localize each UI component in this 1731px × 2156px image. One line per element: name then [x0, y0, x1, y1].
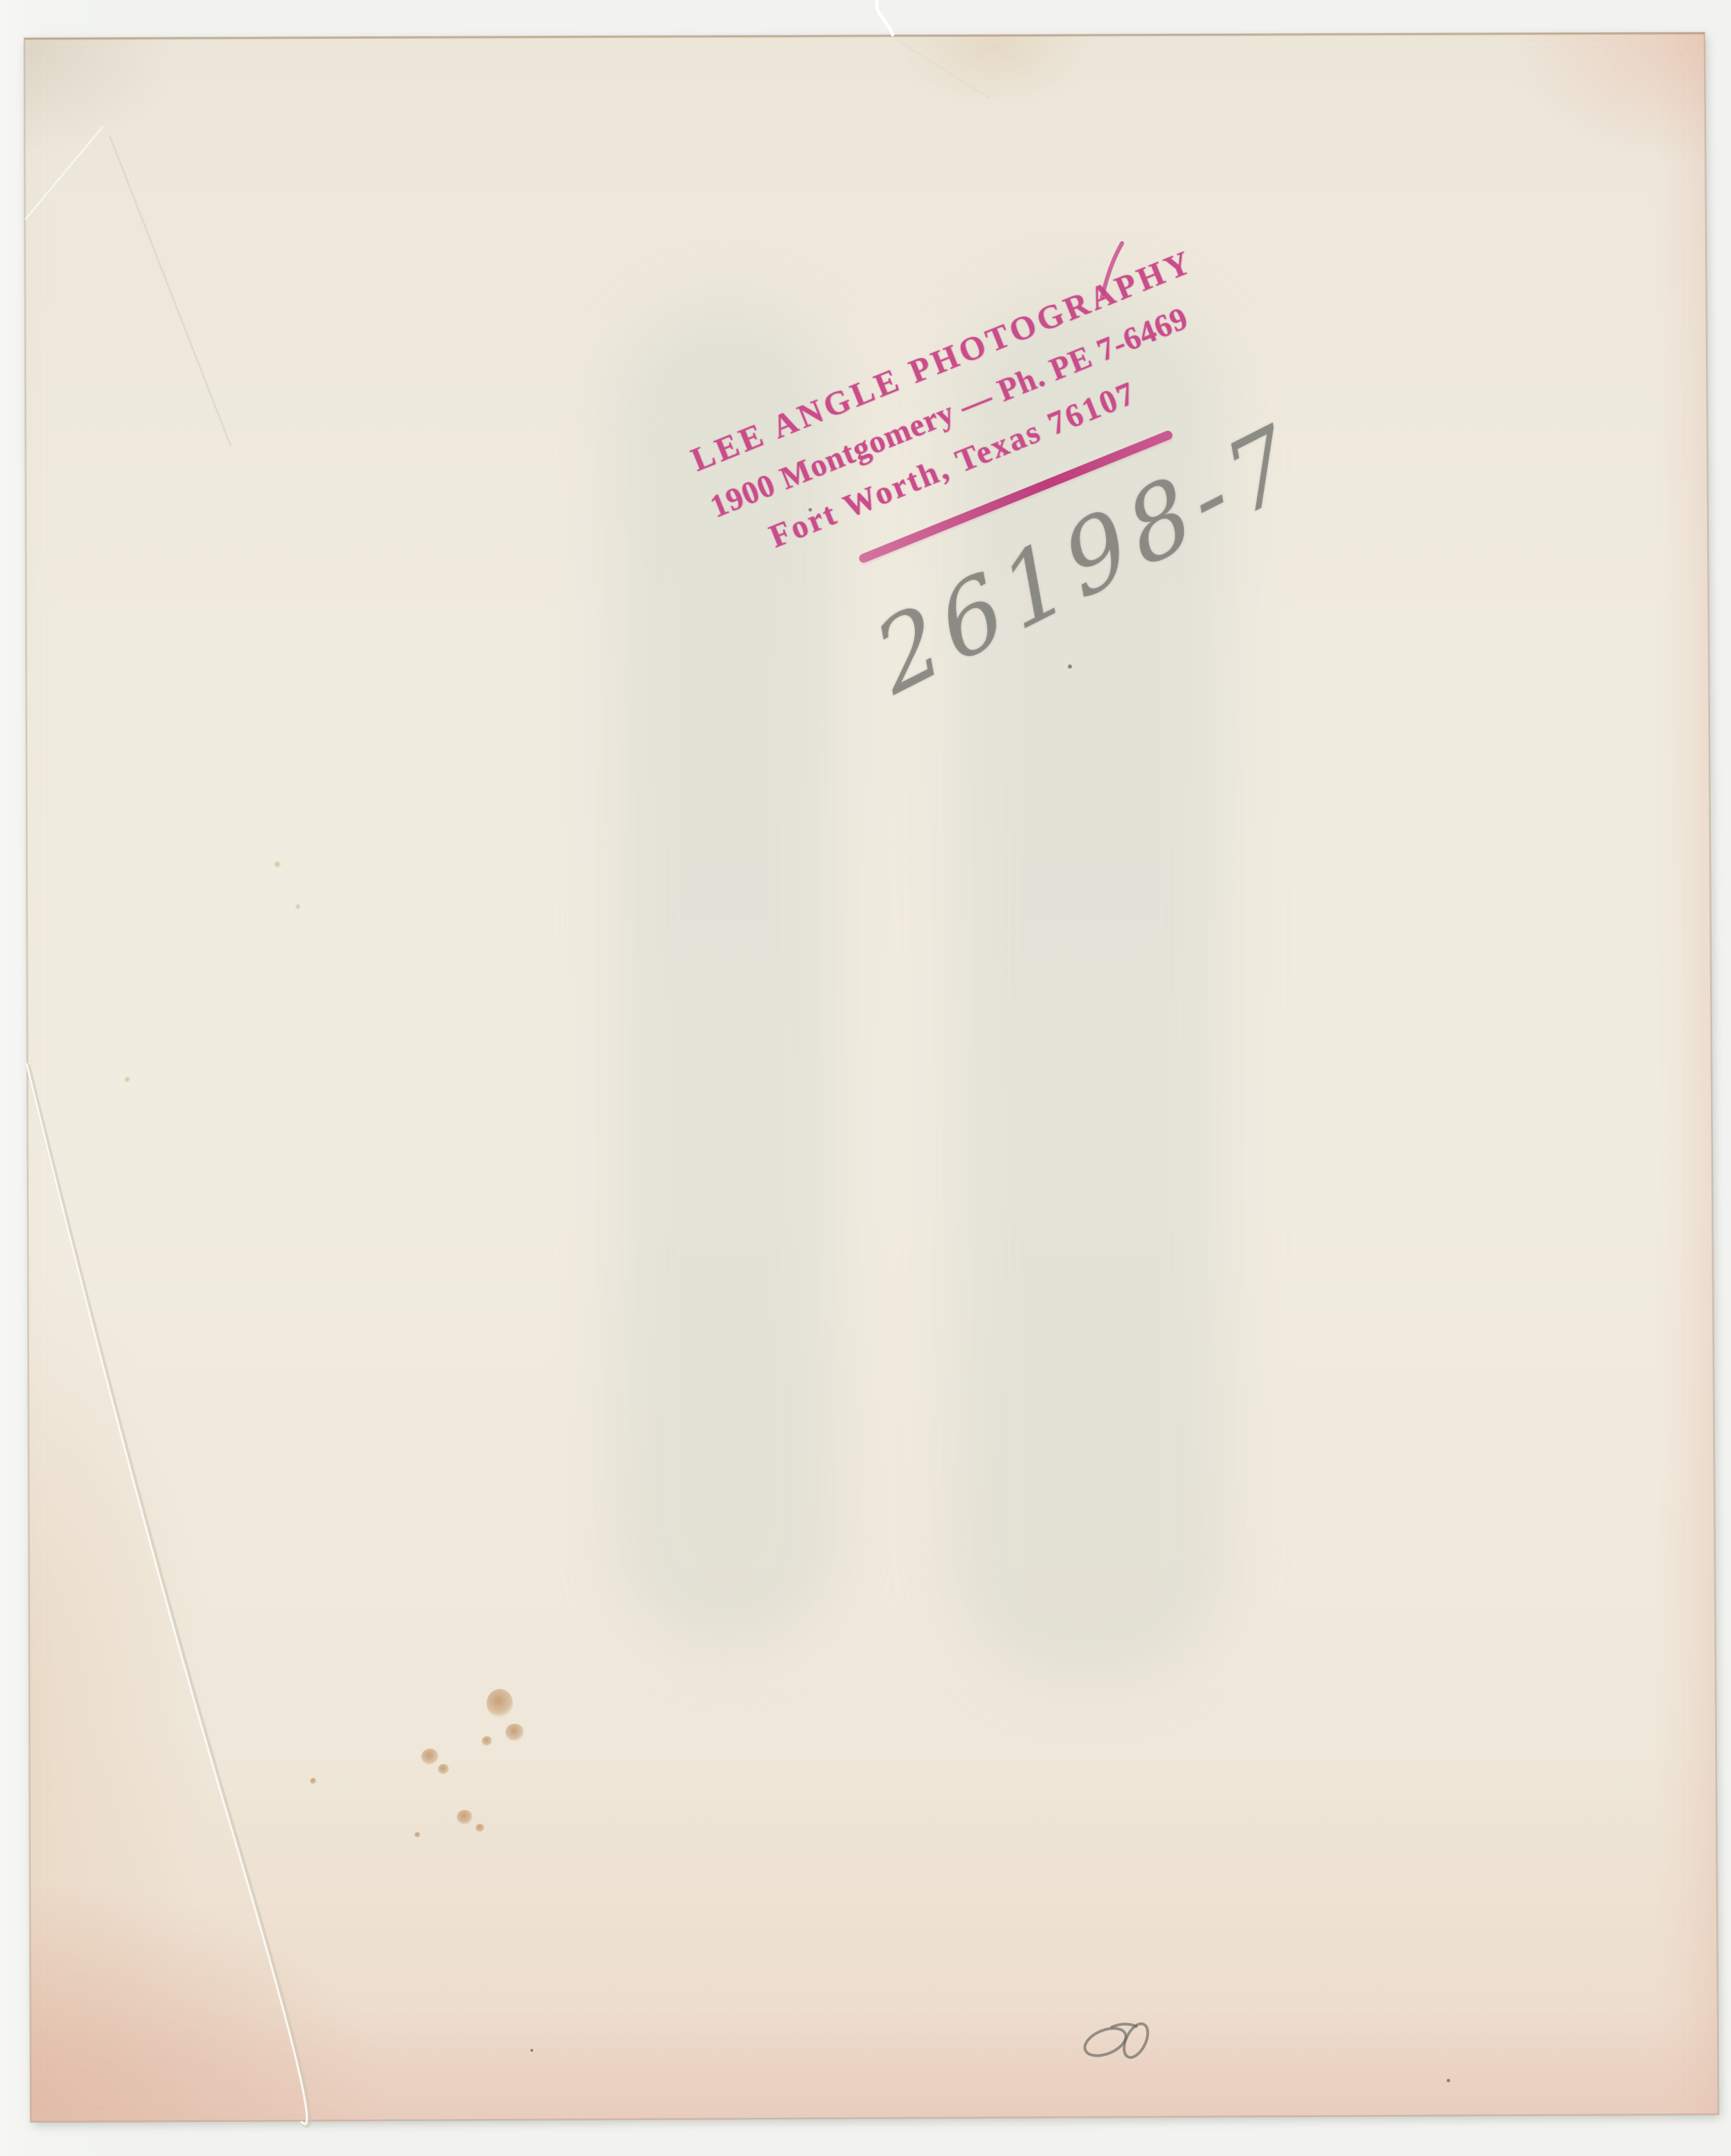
crease-main-shadow	[28, 1065, 309, 2125]
paper-top-edge	[24, 33, 1705, 39]
crease-corner-faint	[110, 136, 231, 446]
pencil-scribble	[1081, 2020, 1153, 2061]
crease-corner	[25, 126, 103, 220]
crease-top-center-faint	[895, 39, 990, 99]
scanner-thread	[877, 0, 893, 35]
